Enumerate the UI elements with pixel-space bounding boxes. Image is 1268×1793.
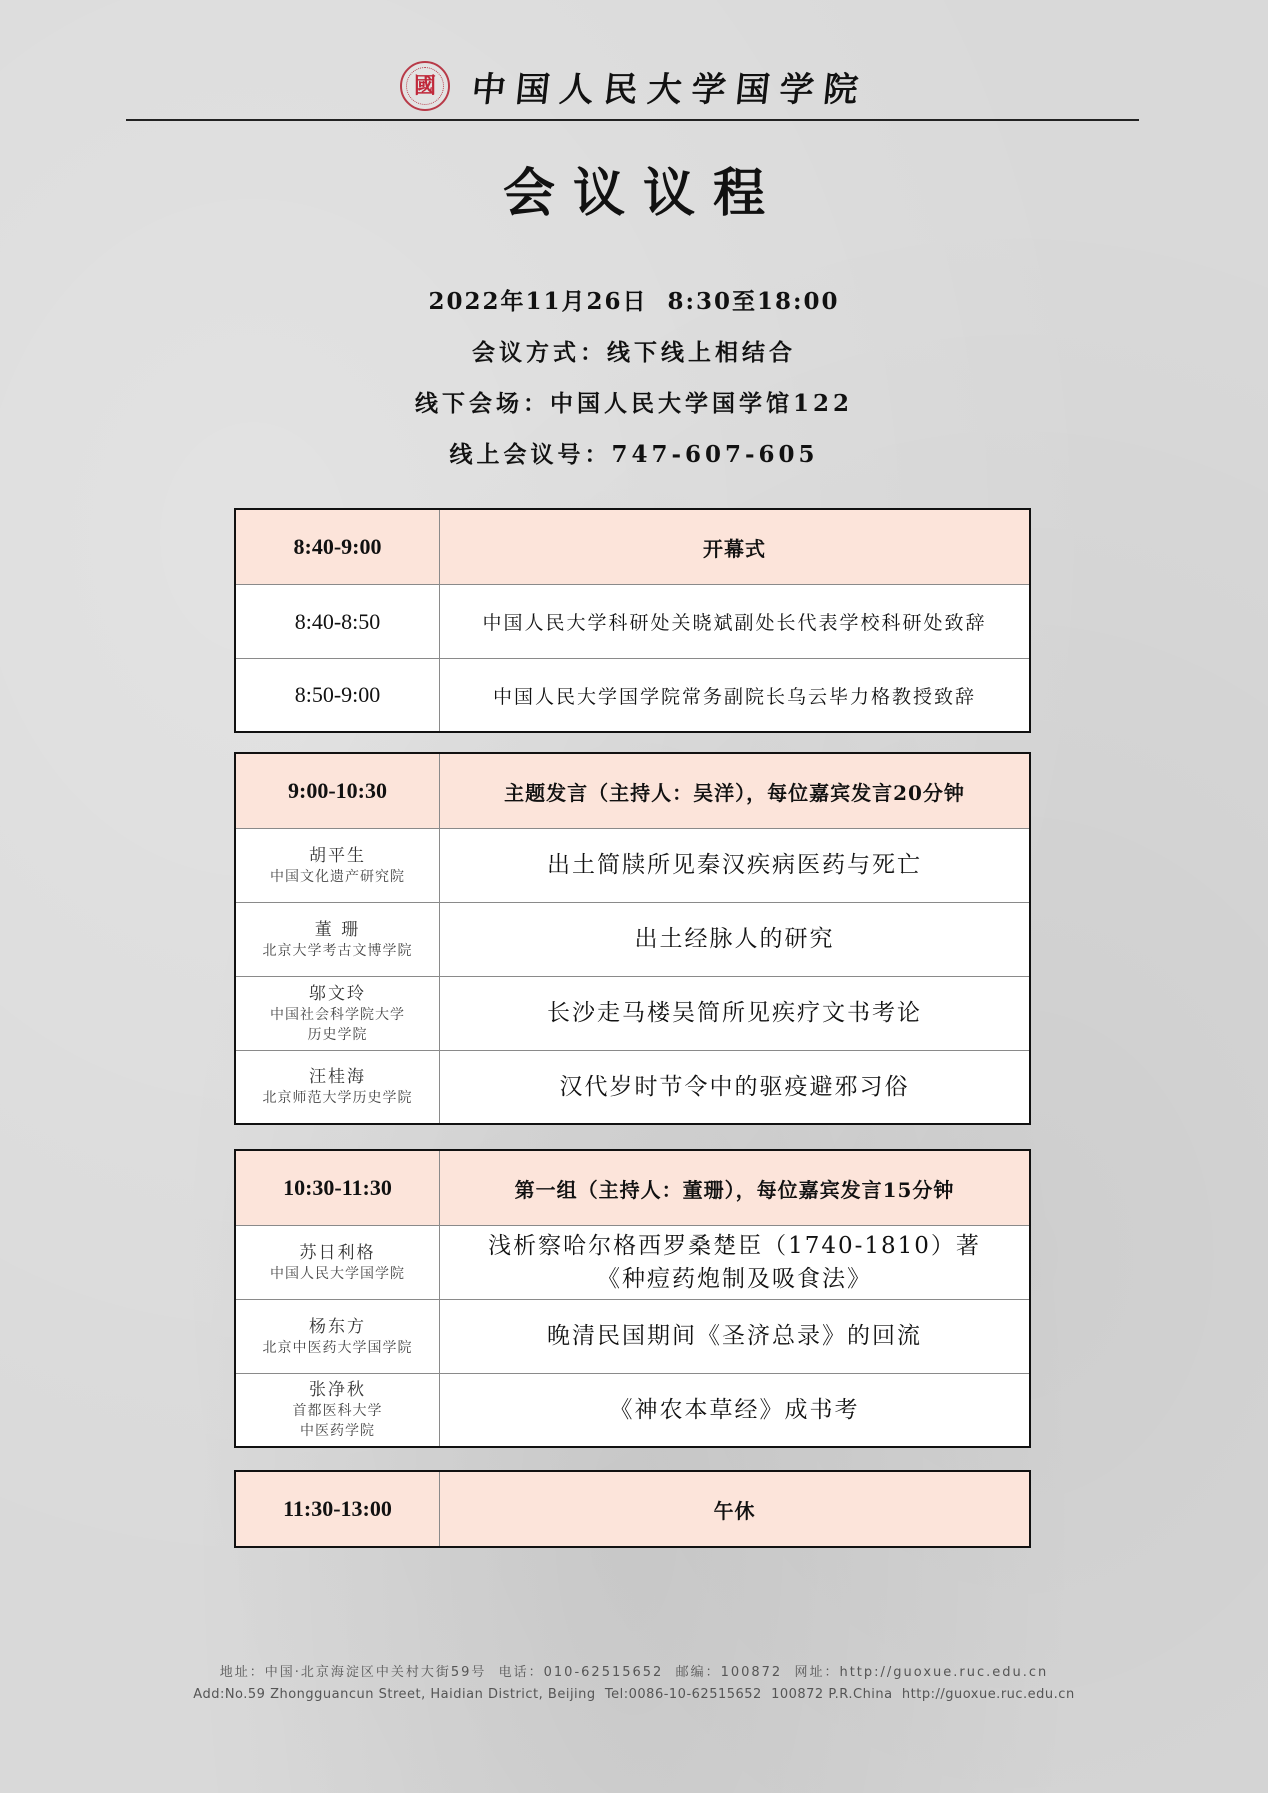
table-row: 张净秋 首都医科大学 中医药学院 《神农本草经》成书考 [236, 1373, 1029, 1446]
item-time: 8:40-8:50 [295, 609, 381, 635]
agenda-table-keynote: 9:00-10:30 主题发言（主持人：吴洋），每位嘉宾发言20分钟 胡平生 中… [234, 752, 1031, 1125]
session-time-cell: 11:30-13:00 [236, 1472, 440, 1546]
session-title: 第一组（主持人：董珊），每位嘉宾发言15分钟 [515, 1174, 955, 1203]
meeting-mode: 会议方式：线下线上相结合 [0, 341, 1268, 364]
page-title: 会议议程 [0, 168, 1268, 220]
session-time: 8:40-9:00 [294, 534, 382, 560]
item-time-cell: 8:40-8:50 [236, 585, 440, 658]
meeting-venue: 线下会场：中国人民大学国学馆122 [0, 392, 1268, 415]
university-seal-icon: 國 [400, 61, 450, 111]
footer-address-en: Add:No.59 Zhongguancun Street, Haidian D… [0, 1688, 1268, 1701]
talk-title: 出土经脉人的研究 [635, 923, 835, 956]
speaker-cell: 杨东方 北京中医药大学国学院 [236, 1300, 440, 1373]
talk-title: 晚清民国期间《圣济总录》的回流 [547, 1320, 922, 1353]
session-title-cell: 开幕式 [440, 510, 1029, 584]
speaker-cell: 邬文玲 中国社会科学院大学 历史学院 [236, 977, 440, 1050]
table-row: 8:40-8:50 中国人民大学科研处关晓斌副处长代表学校科研处致辞 [236, 584, 1029, 658]
agenda-table-opening: 8:40-9:00 开幕式 8:40-8:50 中国人民大学科研处关晓斌副处长代… [234, 508, 1031, 733]
talk-title-cell: 晚清民国期间《圣济总录》的回流 [440, 1300, 1029, 1373]
speaker-name: 杨东方 [309, 1316, 366, 1338]
item-text-cell: 中国人民大学国学院常务副院长乌云毕力格教授致辞 [440, 659, 1029, 731]
agenda-table-group-1: 10:30-11:30 第一组（主持人：董珊），每位嘉宾发言15分钟 苏日利格 … [234, 1149, 1031, 1448]
speaker-affiliation: 中国人民大学国学院 [270, 1264, 405, 1284]
item-text: 中国人民大学国学院常务副院长乌云毕力格教授致辞 [493, 682, 976, 709]
session-title: 午休 [714, 1495, 756, 1524]
session-header-row: 9:00-10:30 主题发言（主持人：吴洋），每位嘉宾发言20分钟 [236, 754, 1029, 828]
speaker-affiliation: 中医药学院 [300, 1421, 375, 1441]
talk-title: 浅析察哈尔格西罗桑楚臣（1740-1810）著 [488, 1230, 981, 1263]
online-meeting-id: 线上会议号：747-607-605 [0, 443, 1268, 466]
session-time: 11:30-13:00 [283, 1496, 392, 1522]
header-divider [126, 119, 1139, 121]
speaker-cell: 苏日利格 中国人民大学国学院 [236, 1226, 440, 1299]
talk-title-line-2: 《种痘药炮制及吸食法》 [597, 1263, 872, 1296]
session-header-row: 8:40-9:00 开幕式 [236, 510, 1029, 584]
speaker-cell: 张净秋 首都医科大学 中医药学院 [236, 1374, 440, 1446]
speaker-affiliation: 北京大学考古文博学院 [263, 941, 413, 961]
session-title-cell: 主题发言（主持人：吴洋），每位嘉宾发言20分钟 [440, 754, 1029, 828]
session-title-cell: 第一组（主持人：董珊），每位嘉宾发言15分钟 [440, 1151, 1029, 1225]
session-time: 10:30-11:30 [283, 1175, 392, 1201]
speaker-affiliation: 北京师范大学历史学院 [263, 1088, 413, 1108]
talk-title: 《神农本草经》成书考 [610, 1394, 860, 1427]
talk-title-cell: 出土经脉人的研究 [440, 903, 1029, 976]
session-header-row: 10:30-11:30 第一组（主持人：董珊），每位嘉宾发言15分钟 [236, 1151, 1029, 1225]
item-time: 8:50-9:00 [295, 682, 381, 708]
table-row: 董 珊 北京大学考古文博学院 出土经脉人的研究 [236, 902, 1029, 976]
speaker-name: 邬文玲 [309, 983, 366, 1005]
item-text: 中国人民大学科研处关晓斌副处长代表学校科研处致辞 [482, 608, 986, 635]
session-title-cell: 午休 [440, 1472, 1029, 1546]
session-time-cell: 9:00-10:30 [236, 754, 440, 828]
talk-title: 汉代岁时节令中的驱疫避邪习俗 [560, 1071, 910, 1104]
table-row: 胡平生 中国文化遗产研究院 出土简牍所见秦汉疾病医药与死亡 [236, 828, 1029, 902]
talk-title-cell: 汉代岁时节令中的驱疫避邪习俗 [440, 1051, 1029, 1123]
footer-address-cn: 地址：中国·北京海淀区中关村大街59号 电话：010-62515652 邮编：1… [0, 1666, 1268, 1679]
session-title: 主题发言（主持人：吴洋），每位嘉宾发言20分钟 [504, 777, 965, 806]
speaker-name: 张净秋 [309, 1379, 366, 1401]
speaker-name: 苏日利格 [300, 1242, 376, 1264]
speaker-cell: 胡平生 中国文化遗产研究院 [236, 829, 440, 902]
item-text-cell: 中国人民大学科研处关晓斌副处长代表学校科研处致辞 [440, 585, 1029, 658]
speaker-name: 董 珊 [315, 919, 360, 941]
institution-header: 國 中国人民大学国学院 [0, 60, 1268, 112]
speaker-affiliation: 首都医科大学 [293, 1401, 383, 1421]
speaker-affiliation: 中国文化遗产研究院 [270, 867, 405, 887]
speaker-cell: 汪桂海 北京师范大学历史学院 [236, 1051, 440, 1123]
table-row: 汪桂海 北京师范大学历史学院 汉代岁时节令中的驱疫避邪习俗 [236, 1050, 1029, 1123]
table-row: 苏日利格 中国人民大学国学院 浅析察哈尔格西罗桑楚臣（1740-1810）著 《… [236, 1225, 1029, 1299]
session-time: 9:00-10:30 [288, 778, 387, 804]
speaker-name: 胡平生 [309, 845, 366, 867]
talk-title-cell: 出土简牍所见秦汉疾病医药与死亡 [440, 829, 1029, 902]
session-header-row: 11:30-13:00 午休 [236, 1472, 1029, 1546]
talk-title: 出土简牍所见秦汉疾病医药与死亡 [547, 849, 922, 882]
seal-glyph: 國 [414, 75, 436, 97]
session-title: 开幕式 [703, 533, 766, 562]
meeting-date-time: 2022年11月26日 8:30至18:00 [0, 290, 1268, 313]
table-row: 邬文玲 中国社会科学院大学 历史学院 长沙走马楼吴简所见疾疗文书考论 [236, 976, 1029, 1050]
speaker-affiliation: 北京中医药大学国学院 [263, 1338, 413, 1358]
talk-title-cell: 《神农本草经》成书考 [440, 1374, 1029, 1446]
speaker-affiliation: 中国社会科学院大学 [270, 1005, 405, 1025]
session-time-cell: 8:40-9:00 [236, 510, 440, 584]
talk-title-cell: 浅析察哈尔格西罗桑楚臣（1740-1810）著 《种痘药炮制及吸食法》 [440, 1226, 1029, 1299]
item-time-cell: 8:50-9:00 [236, 659, 440, 731]
talk-title: 长沙走马楼吴简所见疾疗文书考论 [547, 997, 922, 1030]
agenda-table-lunch: 11:30-13:00 午休 [234, 1470, 1031, 1548]
speaker-affiliation: 历史学院 [308, 1025, 368, 1045]
speaker-name: 汪桂海 [309, 1066, 366, 1088]
table-row: 杨东方 北京中医药大学国学院 晚清民国期间《圣济总录》的回流 [236, 1299, 1029, 1373]
speaker-cell: 董 珊 北京大学考古文博学院 [236, 903, 440, 976]
table-row: 8:50-9:00 中国人民大学国学院常务副院长乌云毕力格教授致辞 [236, 658, 1029, 731]
session-time-cell: 10:30-11:30 [236, 1151, 440, 1225]
institution-name: 中国人民大学国学院 [469, 62, 870, 111]
talk-title-cell: 长沙走马楼吴简所见疾疗文书考论 [440, 977, 1029, 1050]
